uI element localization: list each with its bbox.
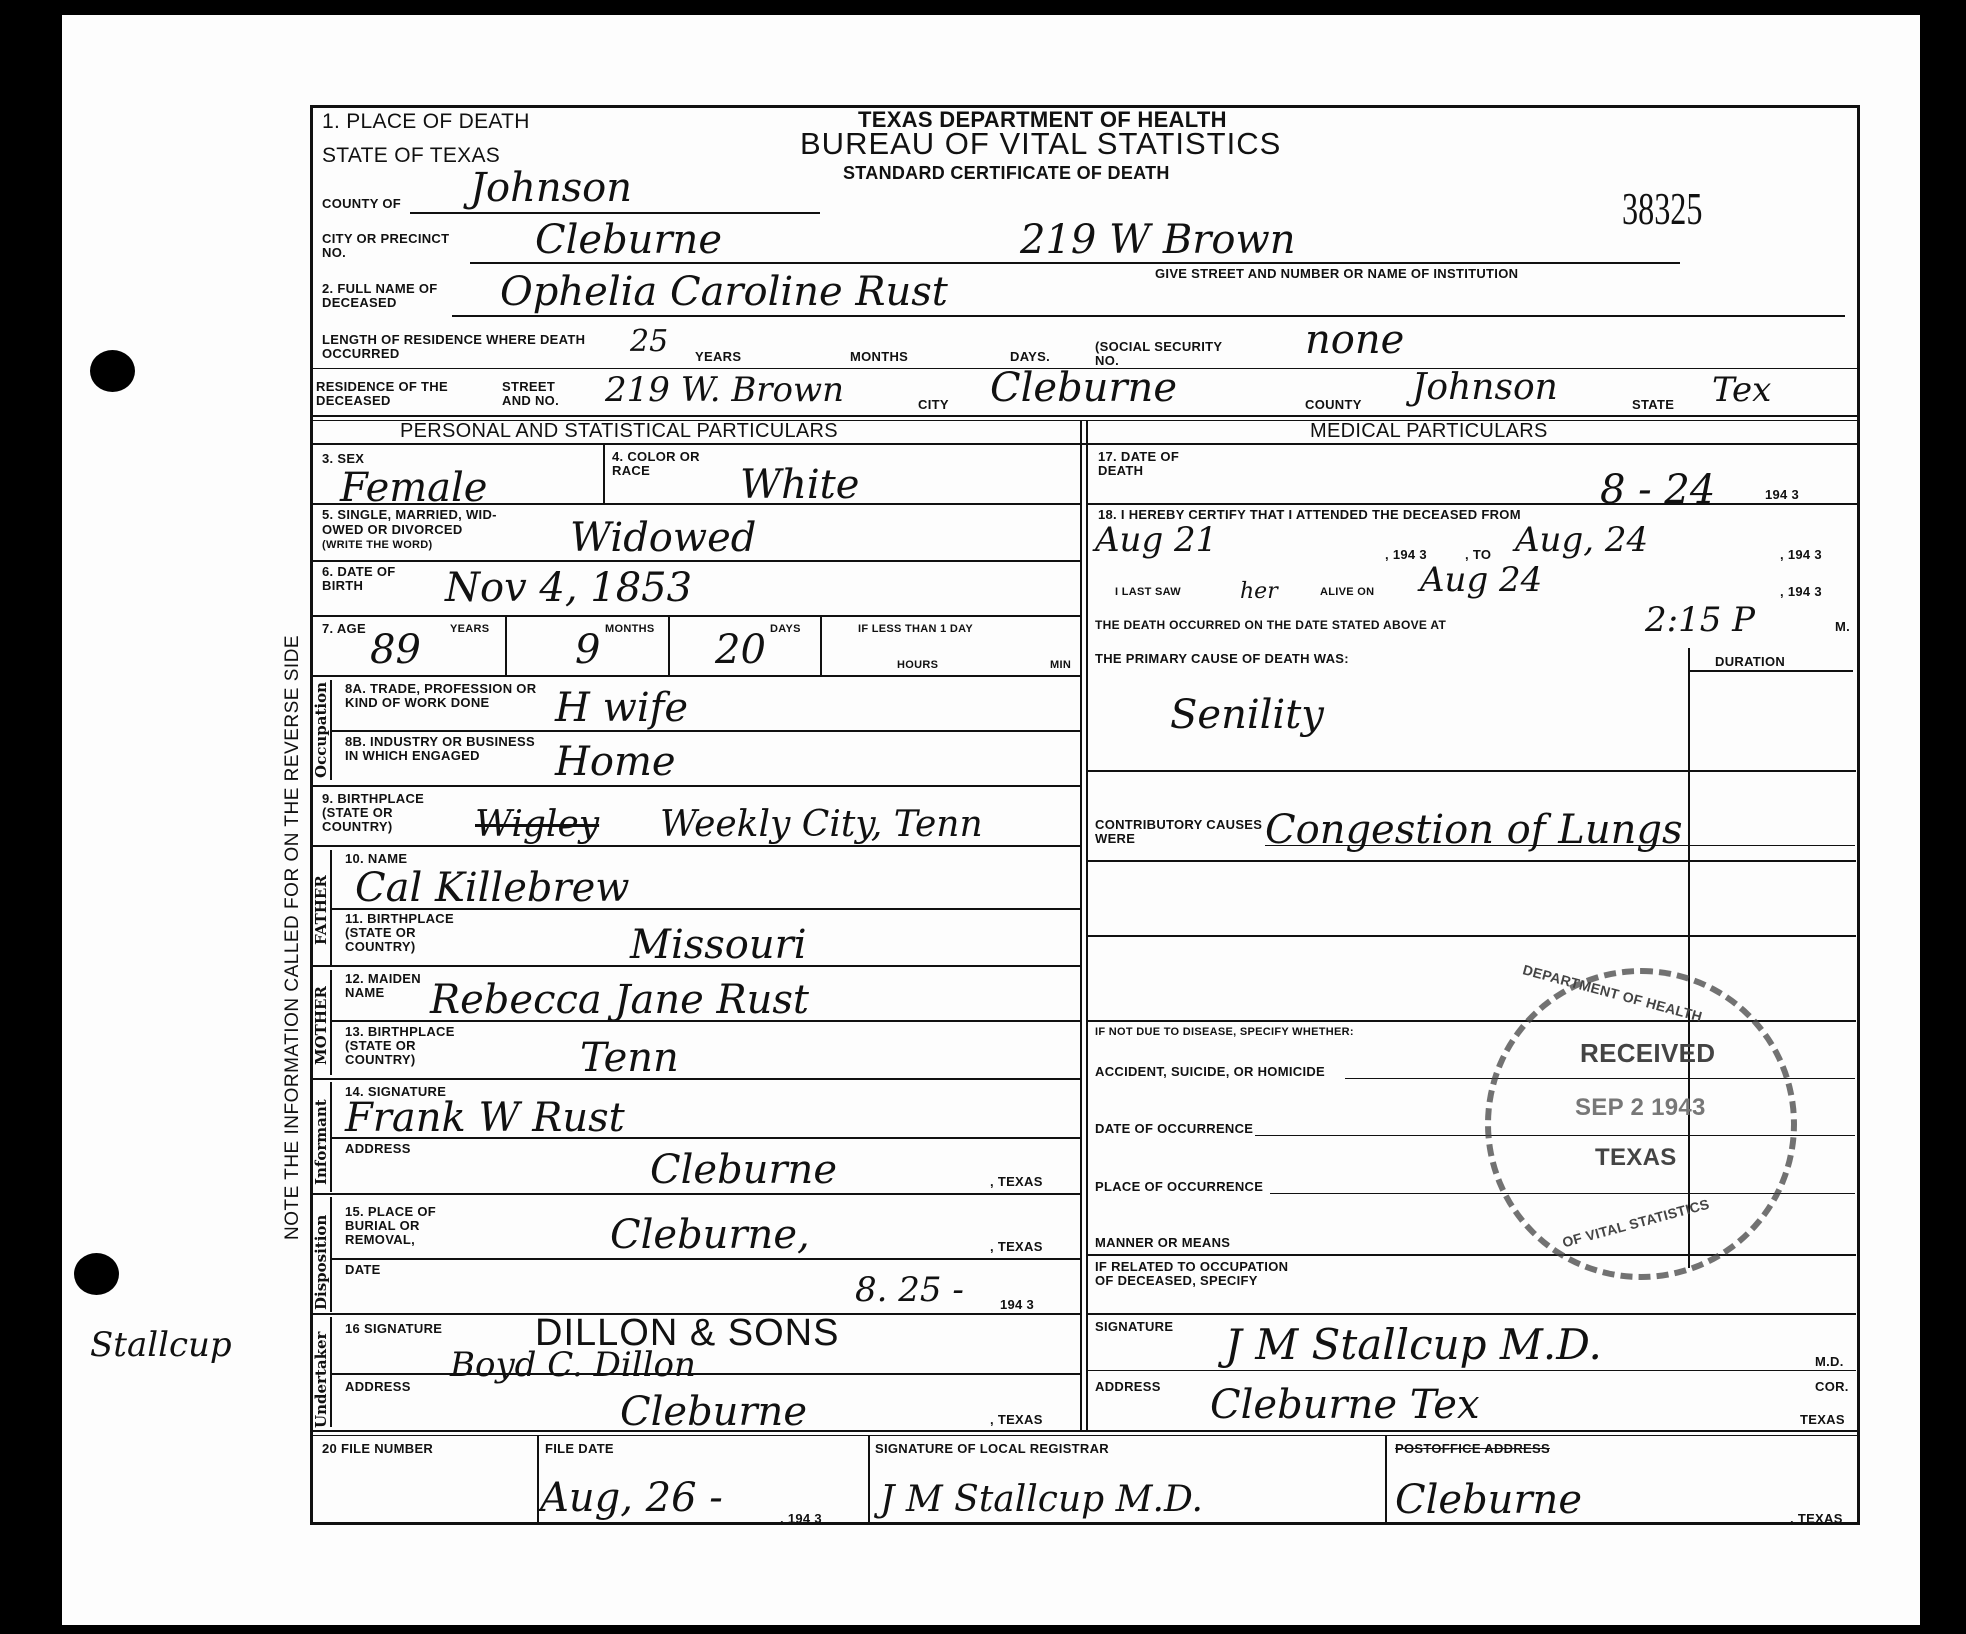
- age-days-label: DAYS: [770, 622, 801, 636]
- residence-street-label: STREET AND NO.: [502, 380, 572, 408]
- postoffice-value: Cleburne: [1395, 1480, 1582, 1520]
- state-of-texas-label: STATE OF TEXAS: [322, 148, 500, 164]
- sex-value: Female: [340, 468, 487, 508]
- cor-label: COR.: [1815, 1380, 1849, 1394]
- years-label: YEARS: [695, 350, 741, 364]
- burial-date: 8. 25 -: [855, 1270, 964, 1310]
- residence-street: 219 W. Brown: [605, 370, 844, 410]
- full-name-label: 2. FULL NAME OF DECEASED: [322, 282, 452, 310]
- father-name: Cal Killebrew: [355, 868, 630, 908]
- attended-to: Aug, 24: [1515, 520, 1648, 560]
- primary-cause-label: THE PRIMARY CAUSE OF DEATH WAS:: [1095, 652, 1349, 666]
- accident-label: ACCIDENT, SUICIDE, OR HOMICIDE: [1095, 1065, 1325, 1079]
- father-birthplace-label: 11. BIRTHPLACE (STATE OR COUNTRY): [345, 912, 475, 954]
- alive-on-label: ALIVE ON: [1320, 585, 1374, 599]
- residence-county: Johnson: [1412, 368, 1558, 408]
- trade-value: H wife: [555, 688, 688, 728]
- physician-address-label: ADDRESS: [1095, 1380, 1161, 1394]
- residence-city: Cleburne: [990, 368, 1177, 408]
- physician-signature: J M Stallcup M.D.: [1225, 1325, 1602, 1365]
- hours-label: HOURS: [897, 658, 938, 672]
- residence-county-label: COUNTY: [1305, 398, 1362, 412]
- dob-value: Nov 4, 1853: [445, 568, 692, 608]
- birthplace-label: 9. BIRTHPLACE (STATE OR COUNTRY): [322, 792, 442, 834]
- received-stamp: [1485, 968, 1797, 1280]
- duration-label: DURATION: [1715, 655, 1785, 669]
- postoffice-texas: , TEXAS: [1790, 1512, 1843, 1526]
- burial-date-label: DATE: [345, 1263, 381, 1277]
- undertaker-texas: , TEXAS: [990, 1413, 1043, 1427]
- age-years: 89: [370, 630, 421, 670]
- file-date-label: FILE DATE: [545, 1442, 614, 1456]
- reverse-side-note: NOTE THE INFORMATION CALLED FOR ON THE R…: [282, 635, 304, 1240]
- father-birthplace: Missouri: [630, 925, 807, 965]
- undertaker-side-label: Undertaker: [312, 1332, 330, 1428]
- physician-texas-label: TEXAS: [1800, 1413, 1845, 1427]
- residence-label: RESIDENCE OF THE DECEASED: [316, 380, 476, 408]
- residence-state: Tex: [1712, 370, 1771, 410]
- sex-label: 3. SEX: [322, 452, 364, 466]
- stamp-state: TEXAS: [1595, 1150, 1677, 1166]
- age-months: 9: [575, 630, 600, 670]
- age-days: 20: [715, 630, 766, 670]
- city-label: CITY OR PRECINCT NO.: [322, 232, 472, 260]
- manner-label: MANNER OR MEANS: [1095, 1236, 1230, 1250]
- file-date: Aug, 26 -: [540, 1478, 723, 1518]
- md-label: M.D.: [1815, 1355, 1844, 1369]
- stamp-received: RECEIVED: [1580, 1045, 1715, 1061]
- informant-texas: , TEXAS: [990, 1175, 1043, 1189]
- primary-cause: Senility: [1170, 695, 1324, 735]
- marital-label-2: OWED OR DIVORCED: [322, 523, 463, 537]
- days-label: DAYS.: [1010, 350, 1050, 364]
- last-saw-label: I LAST SAW: [1115, 585, 1181, 599]
- residence-city-label: CITY: [918, 398, 949, 412]
- margin-note: Stallcup: [90, 1325, 232, 1365]
- birthplace-value: Weekly City, Tenn: [660, 805, 983, 845]
- street-value: 219 W Brown: [1020, 220, 1296, 260]
- age-months-label: MONTHS: [605, 622, 654, 636]
- mother-birthplace: Tenn: [580, 1038, 679, 1078]
- time-label: THE DEATH OCCURRED ON THE DATE STATED AB…: [1095, 618, 1446, 632]
- occupation-side-label: Occupation: [312, 682, 330, 778]
- registrar-signature: J M Stallcup M.D.: [880, 1480, 1203, 1520]
- burial-place: Cleburne,: [610, 1215, 810, 1255]
- last-saw-pronoun: her: [1240, 572, 1278, 612]
- punch-hole-top: [90, 350, 135, 392]
- marital-label-3: (WRITE THE WORD): [322, 538, 433, 552]
- marital-value: Widowed: [570, 518, 756, 558]
- ssn-value: none: [1305, 320, 1404, 360]
- time-suffix: M.: [1835, 620, 1850, 634]
- residence-years: 25: [630, 322, 668, 362]
- street-hint: GIVE STREET AND NUMBER OR NAME OF INSTIT…: [1155, 267, 1518, 281]
- undertaker-address: Cleburne: [620, 1392, 807, 1432]
- industry-label: 8B. INDUSTRY OR BUSINESS IN WHICH ENGAGE…: [345, 735, 545, 763]
- postoffice-label: POSTOFFICE ADDRESS: [1395, 1442, 1550, 1456]
- industry-value: Home: [555, 742, 676, 782]
- residence-state-label: STATE: [1632, 398, 1674, 412]
- race-label: 4. COLOR OR RACE: [612, 450, 702, 478]
- not-disease-label: IF NOT DUE TO DISEASE, SPECIFY WHETHER:: [1095, 1025, 1354, 1039]
- deceased-name: Ophelia Caroline Rust: [500, 272, 948, 312]
- punch-hole-bottom: [74, 1253, 119, 1295]
- mother-name: Rebecca Jane Rust: [430, 980, 809, 1020]
- father-name-label: 10. NAME: [345, 852, 407, 866]
- burial-year: 194 3: [1000, 1298, 1034, 1312]
- informant-signature: Frank W Rust: [345, 1098, 625, 1138]
- attended-to-year: , 194 3: [1780, 548, 1822, 562]
- age-years-label: YEARS: [450, 622, 489, 636]
- residence-length-label: LENGTH OF RESIDENCE WHERE DEATH OCCURRED: [322, 333, 602, 361]
- registrar-label: SIGNATURE OF LOCAL REGISTRAR: [875, 1442, 1109, 1456]
- birthplace-struck: Wigley: [475, 805, 599, 845]
- physician-signature-label: SIGNATURE: [1095, 1320, 1173, 1334]
- occurrence-date-label: DATE OF OCCURRENCE: [1095, 1122, 1253, 1136]
- disposition-side-label: Disposition: [312, 1215, 330, 1310]
- contributory-cause: Congestion of Lungs: [1265, 810, 1683, 850]
- mother-birthplace-label: 13. BIRTHPLACE (STATE OR COUNTRY): [345, 1025, 475, 1067]
- certificate-title: STANDARD CERTIFICATE OF DEATH: [843, 165, 1170, 181]
- last-saw-date: Aug 24: [1420, 560, 1542, 600]
- dod-label: 17. DATE OF DEATH: [1098, 450, 1218, 478]
- burial-texas: , TEXAS: [990, 1240, 1043, 1254]
- personal-section-title: PERSONAL AND STATISTICAL PARTICULARS: [400, 423, 838, 439]
- less-than-day-label: IF LESS THAN 1 DAY: [858, 622, 973, 636]
- dod-year: 194 3: [1765, 488, 1799, 502]
- contributory-label: CONTRIBUTORY CAUSES WERE: [1095, 818, 1265, 846]
- mother-name-label: 12. MAIDEN NAME: [345, 972, 425, 1000]
- undertaker-address-label: ADDRESS: [345, 1380, 411, 1394]
- physician-address: Cleburne Tex: [1210, 1385, 1480, 1425]
- last-saw-year: , 194 3: [1780, 585, 1822, 599]
- occupation-related-label: IF RELATED TO OCCUPATION OF DECEASED, SP…: [1095, 1260, 1305, 1288]
- dob-label: 6. DATE OF BIRTH: [322, 565, 402, 593]
- certificate-number: 38325: [1622, 182, 1703, 235]
- race-value: White: [740, 465, 859, 505]
- marital-label-1: 5. SINGLE, MARRIED, WID-: [322, 508, 497, 522]
- ssn-label: (SOCIAL SECURITY NO.: [1095, 340, 1225, 368]
- county-value: Johnson: [470, 168, 632, 208]
- file-year: , 194 3: [780, 1512, 822, 1526]
- father-side-label: FATHER: [312, 875, 330, 945]
- file-number-label: 20 FILE NUMBER: [322, 1442, 433, 1456]
- bureau-title: BUREAU OF VITAL STATISTICS: [800, 136, 1281, 152]
- attended-from: Aug 21: [1095, 520, 1217, 560]
- informant-address: Cleburne: [650, 1150, 837, 1190]
- city-value: Cleburne: [535, 220, 722, 260]
- min-label: MIN: [1050, 658, 1071, 672]
- occurrence-place-label: PLACE OF OCCURRENCE: [1095, 1180, 1263, 1194]
- time-value: 2:15 P: [1645, 600, 1755, 640]
- informant-address-label: ADDRESS: [345, 1142, 411, 1156]
- undertaker-label: 16 SIGNATURE: [345, 1322, 442, 1336]
- place-of-death-label: 1. PLACE OF DEATH: [322, 114, 530, 130]
- age-label: 7. AGE: [322, 622, 366, 636]
- stamp-date: SEP 2 1943: [1575, 1100, 1706, 1116]
- trade-label: 8A. TRADE, PROFESSION OR KIND OF WORK DO…: [345, 682, 545, 710]
- informant-side-label: Informant: [312, 1099, 330, 1185]
- county-label: COUNTY OF: [322, 197, 401, 211]
- months-label: MONTHS: [850, 350, 908, 364]
- burial-label: 15. PLACE OF BURIAL OR REMOVAL,: [345, 1205, 475, 1247]
- mother-side-label: MOTHER: [312, 986, 330, 1065]
- undertaker-signature: Boyd C. Dillon: [450, 1345, 696, 1385]
- medical-section-title: MEDICAL PARTICULARS: [1310, 423, 1548, 439]
